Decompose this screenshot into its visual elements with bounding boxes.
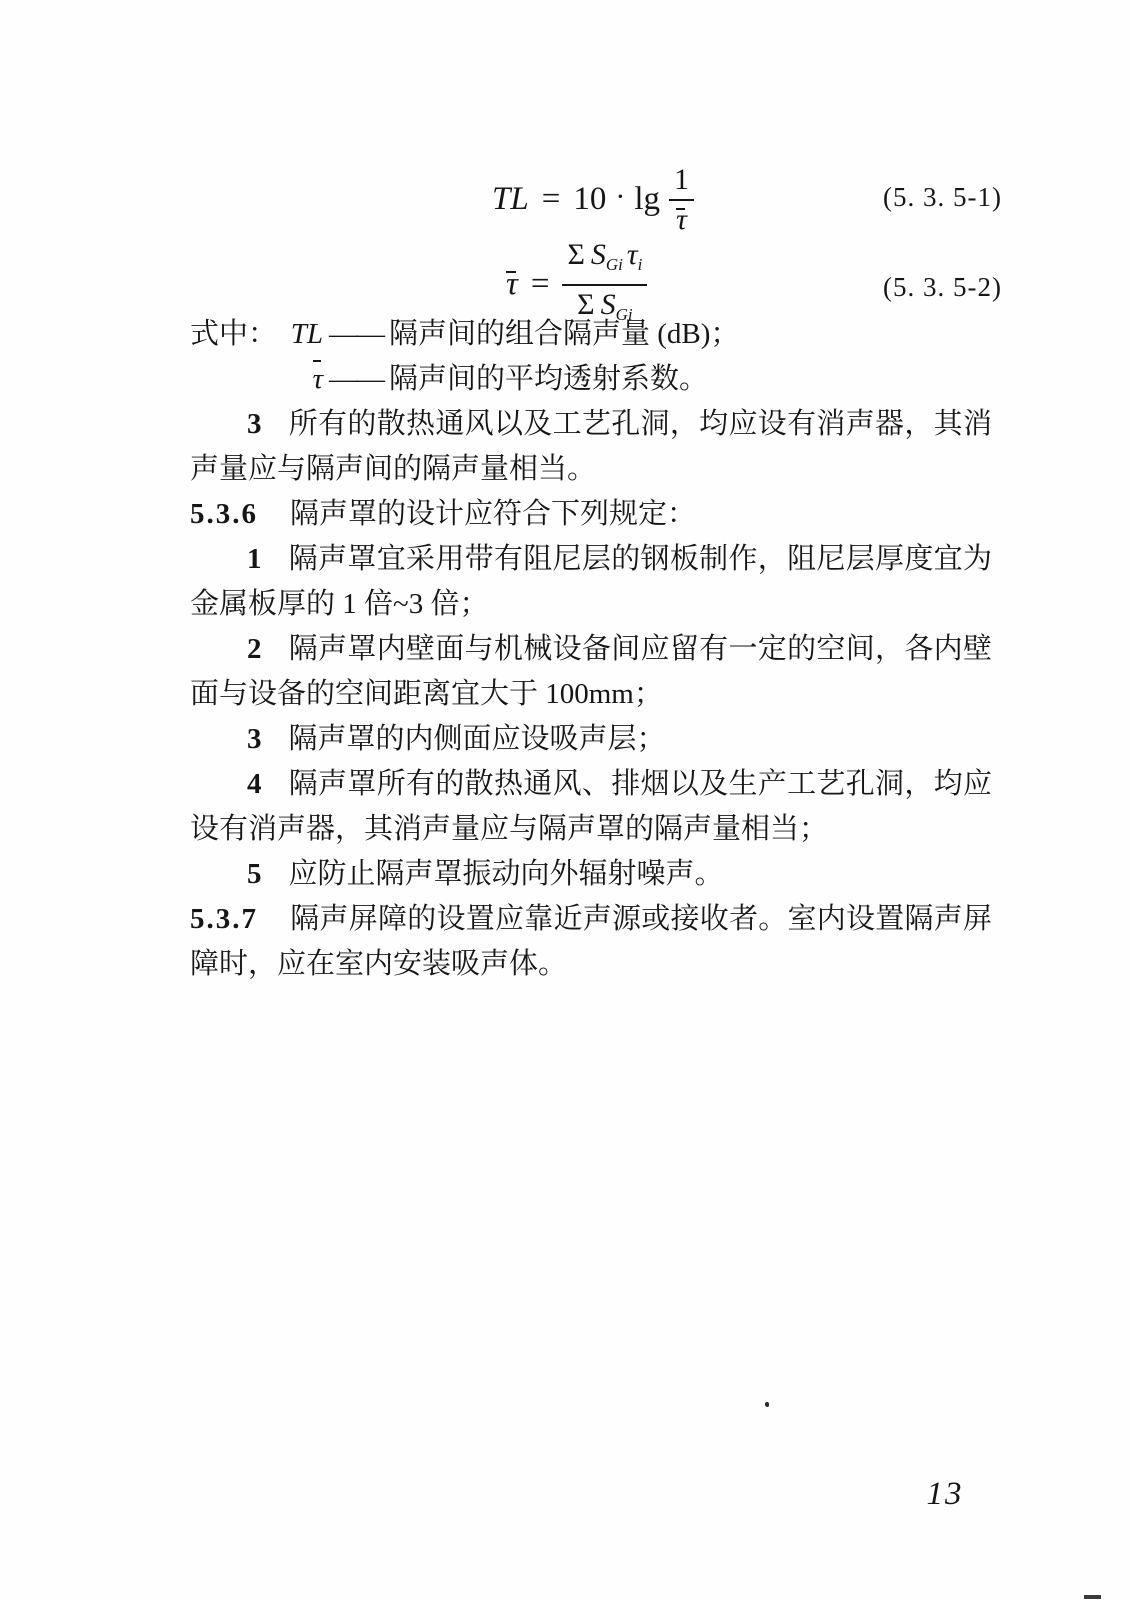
scan-artifact-edge-mark (1084, 1595, 1101, 1599)
where-prefix: 式中： (190, 318, 277, 350)
em-dash: —— (329, 318, 383, 350)
list-item-5-line-1: 5应防止隔声罩振动向外辐射噪声。 (190, 852, 992, 897)
item-text: 隔声罩所有的散热通风、排烟以及生产工艺孔洞，均应 (289, 768, 993, 800)
section-title: 隔声罩的设计应符合下列规定： (290, 498, 696, 530)
list-item-3b-line-1: 3隔声罩的内侧面应设吸声层； (190, 717, 992, 762)
item-text: 隔声罩的内侧面应设吸声层； (289, 723, 666, 755)
list-item-1-line-2: 金属板厚的 1 倍~3 倍； (190, 582, 992, 627)
list-item-1-line-1: 1隔声罩宜采用带有阻尼层的钢板制作，阻尼层厚度宜为 (190, 537, 992, 582)
coefficient: 10 (573, 183, 606, 216)
item-number: 1 (247, 543, 262, 575)
page-number: 13 (905, 1476, 985, 1513)
item-text: 所有的散热通风以及工艺孔洞，均应设有消声器，其消 (289, 408, 993, 440)
equation-number-1: (5. 3. 5-1) (852, 182, 1002, 212)
equals-sign: = (531, 268, 550, 301)
scan-artifact-dot (765, 1402, 769, 1407)
list-item-2-line-1: 2隔声罩内壁面与机械设备间应留有一定的空间，各内壁 (190, 627, 992, 672)
multiplication-dot: · (615, 182, 625, 212)
list-item-3-line-1: 3所有的散热通风以及工艺孔洞，均应设有消声器，其消 (190, 402, 992, 447)
fraction-numerator: ΣSGiτi (562, 239, 647, 286)
section-text: 隔声屏障的设置应靠近声源或接收者。室内设置隔声屏 (290, 903, 992, 935)
sigma-symbol: Σ (567, 238, 584, 271)
section-5-3-7-line-2: 障时，应在室内安装吸声体。 (190, 942, 992, 987)
list-item-3-line-2: 声量应与隔声间的隔声量相当。 (190, 447, 992, 492)
list-item-4-line-1: 4隔声罩所有的散热通风、排烟以及生产工艺孔洞，均应 (190, 762, 992, 807)
item-number: 5 (247, 858, 262, 890)
equation-lhs: TL (492, 183, 529, 216)
text-column: 式中：TL——隔声间的组合隔声量 (dB)； τ——隔声间的平均透射系数。 3所… (190, 312, 992, 987)
symbol-description: 隔声间的平均透射系数。 (389, 363, 708, 395)
symbol-tau: τ (277, 357, 323, 402)
list-item-4-line-2: 设有消声器，其消声量应与隔声罩的隔声量相当； (190, 807, 992, 852)
item-text: 应防止隔声罩振动向外辐射噪声。 (289, 858, 724, 890)
item-text: 隔声罩内壁面与机械设备间应留有一定的空间，各内壁 (289, 633, 993, 665)
equation-number-2: (5. 3. 5-2) (852, 272, 1002, 302)
fraction: 1 τ (669, 164, 694, 235)
equals-sign: = (542, 183, 561, 216)
em-dash: —— (329, 363, 383, 395)
item-text: 隔声罩宜采用带有阻尼层的钢板制作，阻尼层厚度宜为 (289, 543, 993, 575)
section-5-3-7-line-1: 5.3.7隔声屏障的设置应靠近声源或接收者。室内设置隔声屏 (190, 897, 992, 942)
document-page: TL = 10 · lg 1 τ (5. 3. 5-1) τ = ΣSGiτi … (0, 0, 1130, 1600)
equation-tl: TL = 10 · lg 1 τ (492, 158, 694, 240)
where-clause-line-2: τ——隔声间的平均透射系数。 (190, 357, 992, 402)
item-number: 2 (247, 633, 262, 665)
section-5-3-6: 5.3.6隔声罩的设计应符合下列规定： (190, 492, 992, 537)
fraction-numerator: 1 (669, 164, 694, 201)
item-number: 4 (247, 768, 262, 800)
equation-lhs: τ (506, 268, 518, 301)
item-number: 3 (247, 408, 262, 440)
log-function: lg (634, 183, 660, 216)
fraction-denominator: τ (669, 201, 694, 235)
section-number: 5.3.6 (190, 498, 258, 530)
symbol-tl: TL (277, 312, 323, 357)
list-item-2-line-2: 面与设备的空间距离宜大于 100mm； (190, 672, 992, 717)
section-number: 5.3.7 (190, 903, 258, 935)
where-clause-line-1: 式中：TL——隔声间的组合隔声量 (dB)； (190, 312, 992, 357)
symbol-description: 隔声间的组合隔声量 (dB)； (389, 318, 739, 350)
item-number: 3 (247, 723, 262, 755)
